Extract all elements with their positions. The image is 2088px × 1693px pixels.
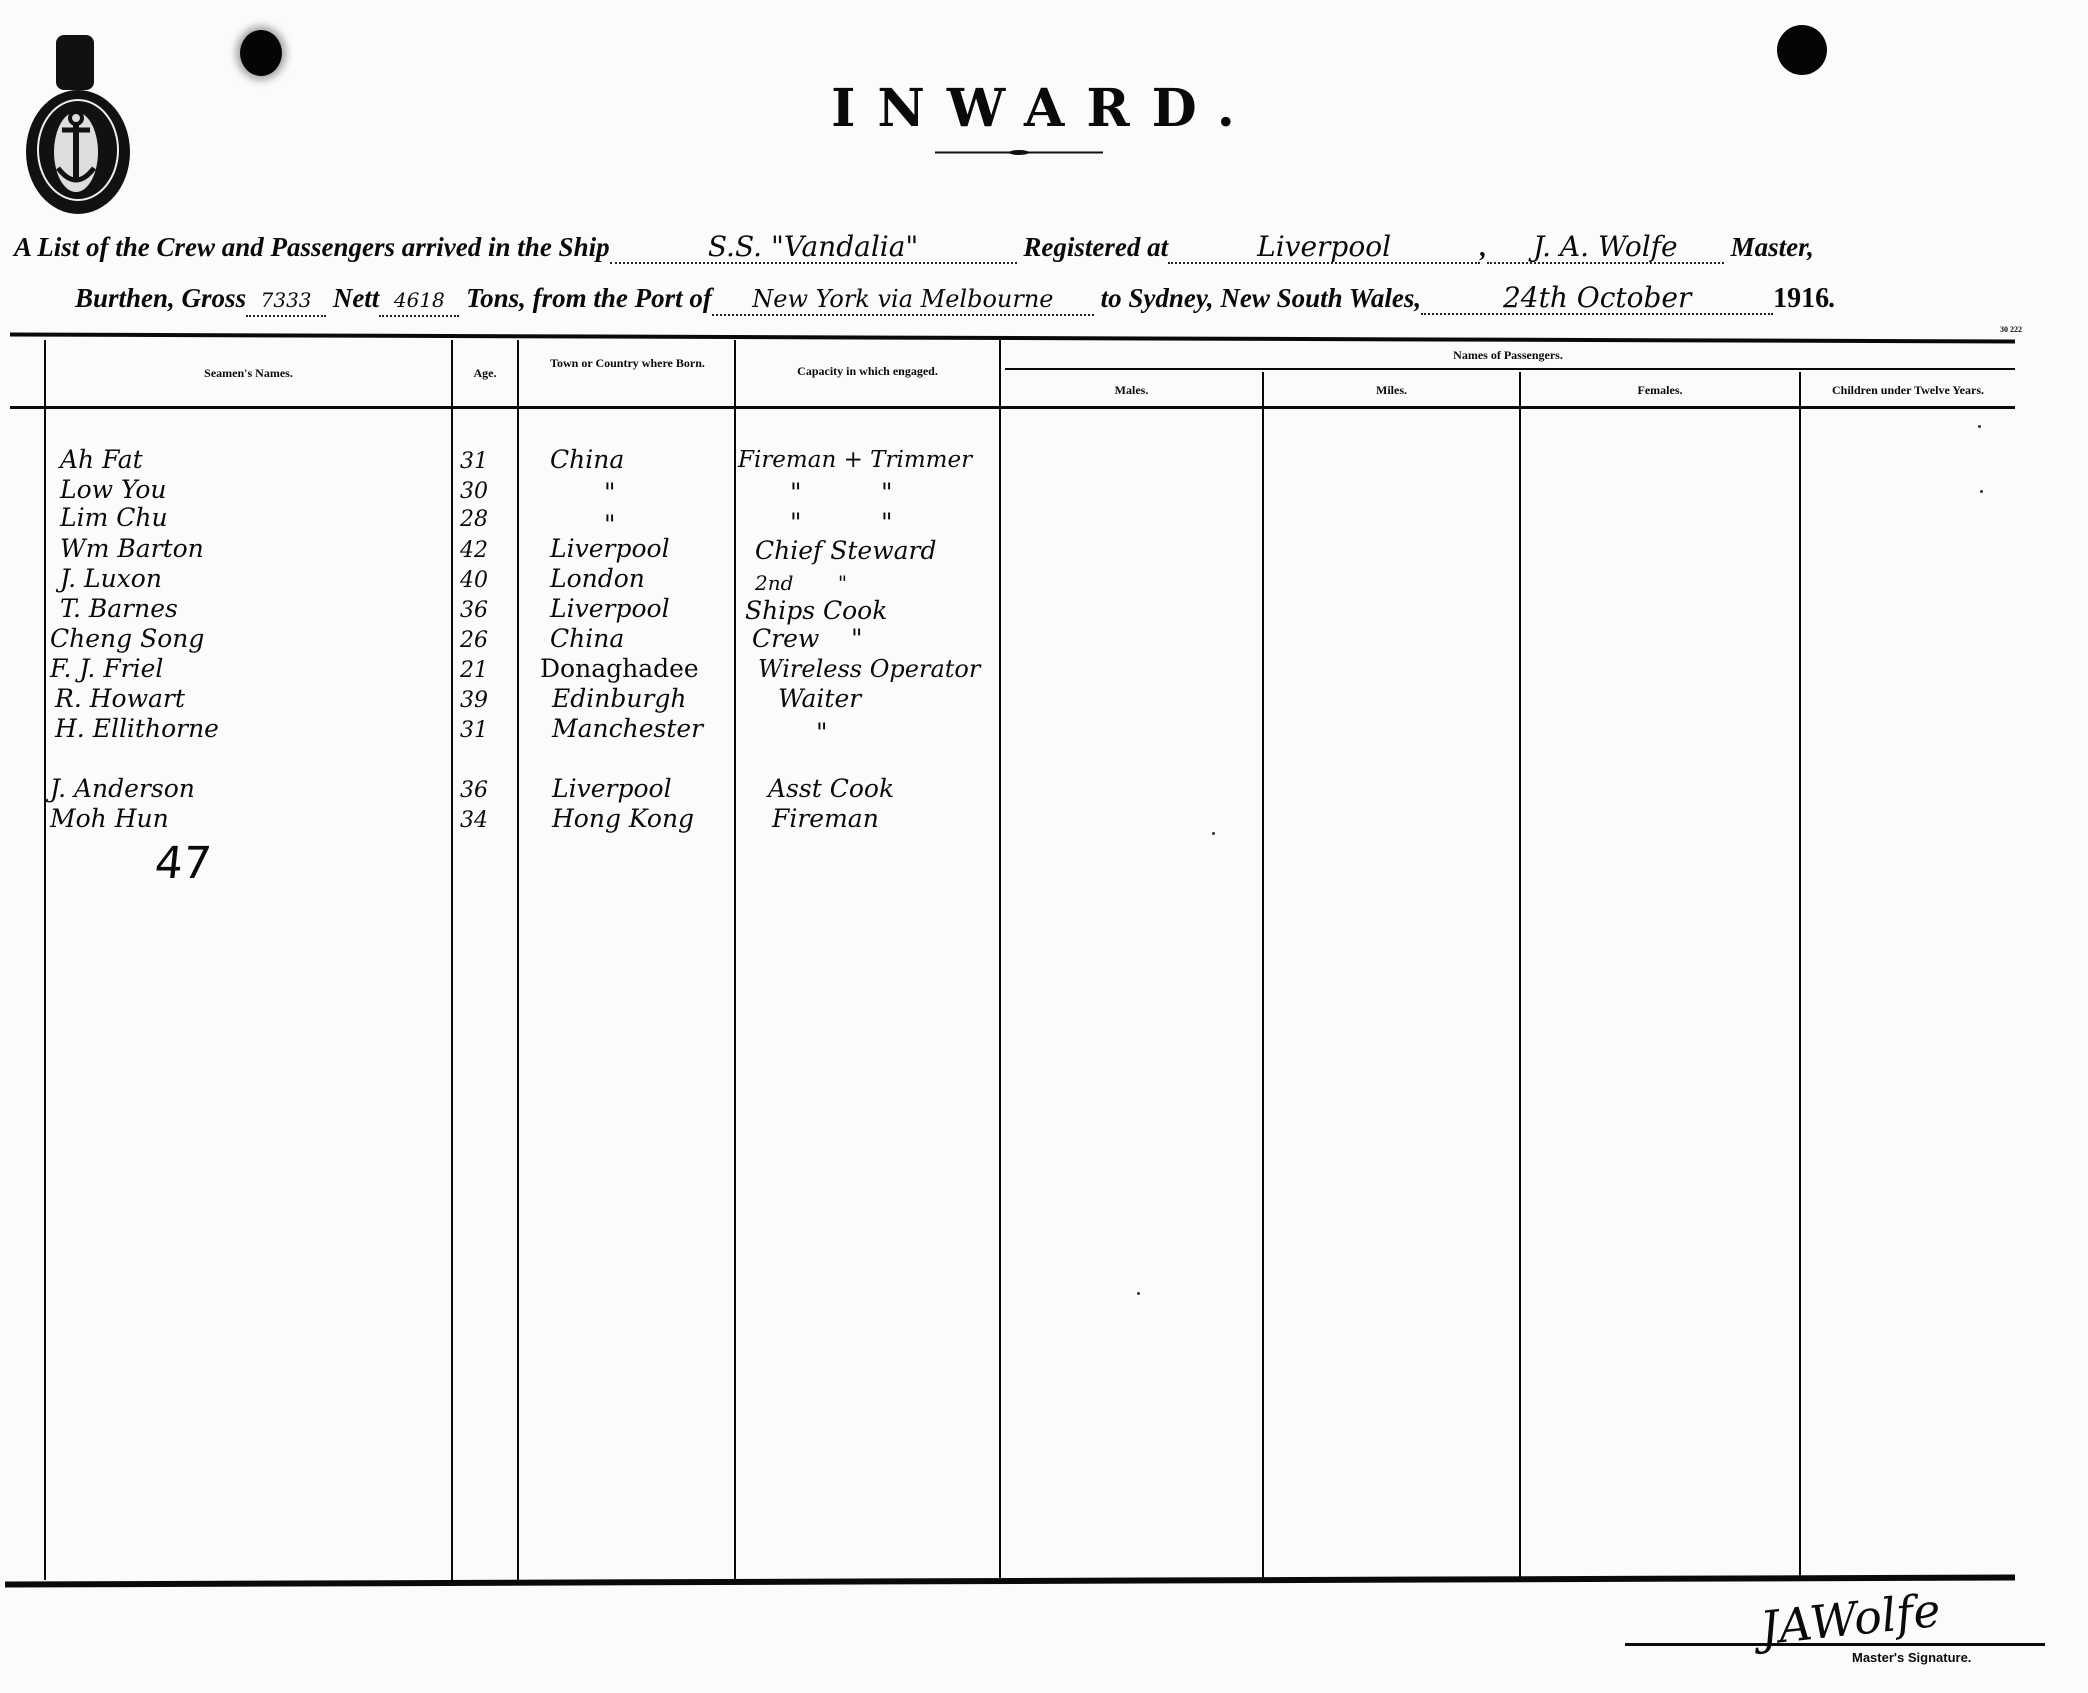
crew-age: 31	[460, 716, 488, 746]
crew-age: 28	[460, 505, 488, 535]
crew-capacity: "	[816, 718, 828, 748]
crew-age: 42	[460, 536, 488, 566]
crew-total-annotation: 47	[152, 838, 213, 889]
crew-capacity: Ships Cook	[745, 596, 887, 626]
header-bottom-rule	[10, 406, 2015, 409]
crew-birthplace: Liverpool	[550, 534, 670, 564]
registered-port-field: Liverpool	[1168, 232, 1480, 264]
col-line-age	[451, 340, 453, 1580]
crew-birthplace: China	[550, 624, 624, 654]
line1-prefix: A List of the Crew and Passengers arrive…	[14, 232, 610, 262]
col-line-left	[44, 340, 46, 1580]
header-line-1: A List of the Crew and Passengers arrive…	[14, 232, 1814, 264]
nett-label: Nett	[333, 283, 380, 313]
crew-name: T. Barnes	[60, 594, 178, 624]
crew-age: 34	[460, 806, 488, 836]
title-ornament-rule	[935, 150, 1103, 155]
crew-birthplace: Manchester	[552, 714, 703, 744]
crew-name: H. Ellithorne	[55, 714, 219, 744]
crew-name: J. Luxon	[60, 564, 162, 594]
year-field: 1916	[1773, 283, 1829, 314]
header-miles: Miles.	[1264, 383, 1519, 398]
crew-birthplace: Donaghadee	[540, 654, 699, 684]
speck	[1212, 832, 1215, 835]
signature-line	[1625, 1643, 2045, 1646]
crew-name: Moh Hun	[50, 804, 169, 834]
header-females: Females.	[1521, 383, 1799, 398]
crew-birthplace: Hong Kong	[552, 804, 694, 834]
col-line-miles	[1262, 372, 1264, 1580]
crew-name: R. Howart	[55, 684, 185, 714]
ship-name-field: S.S. "Vandalia"	[610, 232, 1017, 264]
crew-age: 30	[460, 477, 488, 507]
punch-hole-left	[240, 30, 282, 76]
table-bottom-rule	[5, 1574, 2015, 1587]
crew-birthplace: London	[550, 564, 645, 594]
crew-capacity: " "	[790, 478, 892, 508]
crew-birthplace: Liverpool	[552, 774, 672, 804]
crew-age: 26	[460, 626, 488, 656]
crew-name: F. J. Friel	[50, 654, 163, 684]
punch-hole-right	[1777, 25, 1827, 75]
col-line-born	[517, 340, 519, 1580]
master-name-field: J. A. Wolfe	[1487, 232, 1724, 264]
header-birthplace: Town or Country where Born.	[540, 356, 715, 371]
crew-capacity: Fireman + Trimmer	[738, 445, 972, 475]
header-males: Males.	[1001, 383, 1262, 398]
crew-birthplace: Edinburgh	[552, 684, 687, 714]
header-age: Age.	[453, 366, 517, 381]
crew-name: Wm Barton	[60, 534, 204, 564]
col-line-females	[1519, 372, 1521, 1580]
crew-age: 36	[460, 596, 488, 626]
crew-capacity: Fireman	[772, 804, 879, 834]
header-passengers-group: Names of Passengers.	[1001, 348, 2015, 363]
speck	[1980, 490, 1983, 493]
crew-age: 39	[460, 686, 488, 716]
crew-capacity: " "	[790, 508, 892, 538]
crew-age: 21	[460, 656, 488, 686]
passengers-subheader-rule	[1005, 368, 2015, 370]
crew-capacity: Crew "	[752, 624, 863, 654]
header-capacity: Capacity in which engaged.	[736, 364, 999, 379]
period: .	[1829, 283, 1836, 313]
arrival-date-field: 24th October	[1421, 283, 1773, 315]
signature-label: Master's Signature.	[1852, 1650, 1971, 1665]
header-line-2: Burthen, Gross7333 Nett4618 Tons, from t…	[75, 283, 1836, 317]
registered-label: Registered at	[1023, 232, 1168, 262]
col-line-children	[1799, 372, 1801, 1580]
crew-name: Low You	[60, 475, 166, 505]
crew-age: 36	[460, 776, 488, 806]
nett-tons-field: 4618	[379, 285, 459, 317]
crew-birthplace: China	[550, 445, 624, 475]
crew-age: 31	[460, 447, 488, 477]
crew-capacity: 2nd "	[755, 568, 847, 598]
crew-capacity: Asst Cook	[768, 774, 894, 804]
crew-birthplace: "	[604, 478, 616, 508]
destination-label: to Sydney, New South Wales,	[1101, 283, 1422, 313]
crew-name: Ah Fat	[60, 445, 143, 475]
col-line-capacity	[734, 340, 736, 1580]
crew-name: J. Anderson	[50, 774, 195, 804]
tons-from-label: Tons, from the Port of	[466, 283, 712, 313]
crew-capacity: Chief Steward	[755, 536, 936, 566]
burthen-label: Burthen, Gross	[75, 283, 246, 313]
crew-name: Cheng Song	[50, 624, 204, 654]
comma: ,	[1480, 232, 1487, 262]
crew-capacity: Wireless Operator	[758, 654, 980, 684]
col-line-males	[999, 340, 1001, 1580]
speck	[1978, 425, 1981, 428]
table-top-rule	[10, 333, 2015, 344]
document-title: INWARD.	[0, 78, 2088, 139]
header-seamens-names: Seamen's Names.	[46, 366, 451, 381]
crew-age: 40	[460, 566, 488, 596]
master-label: Master,	[1731, 232, 1814, 262]
form-number: 30 222	[2000, 325, 2022, 334]
speck	[1137, 1292, 1140, 1295]
crew-birthplace: Liverpool	[550, 594, 670, 624]
crew-capacity: Waiter	[778, 684, 861, 714]
crew-name: Lim Chu	[60, 503, 168, 533]
port-of-departure-field: New York via Melbourne	[712, 284, 1094, 316]
gross-tons-field: 7333	[246, 285, 326, 317]
header-children: Children under Twelve Years.	[1801, 383, 2015, 398]
